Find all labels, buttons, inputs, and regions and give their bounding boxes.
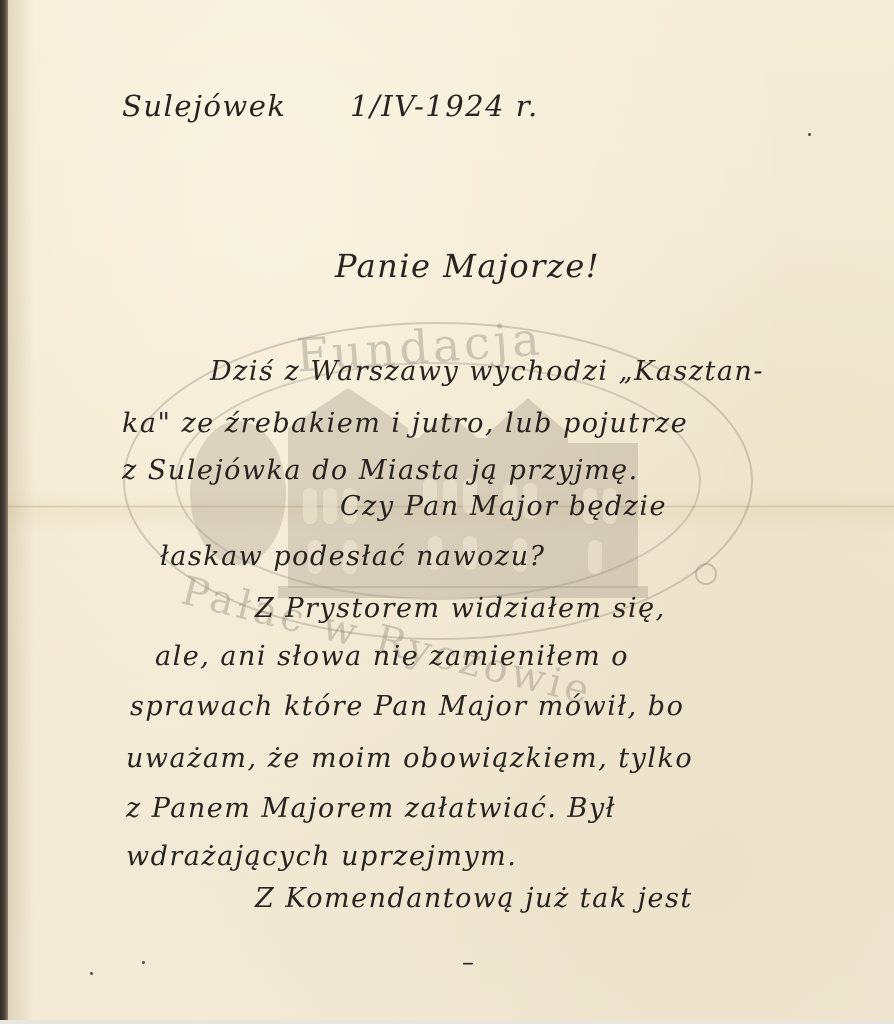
page-mark: – xyxy=(462,948,474,976)
letter-line: uważam, że moim obowiązkiem, tylko xyxy=(126,745,693,772)
letter-date: 1/IV-1924 r. xyxy=(350,92,539,121)
letter-line: Z Prystorem widziałem się, xyxy=(255,595,666,622)
scan-left-edge xyxy=(0,0,8,1024)
paper-fleck xyxy=(808,133,811,136)
letter-line: ka" ze źrebakiem i jutro, lub pojutrze xyxy=(122,410,688,437)
letter-page: Fundacja Pałac w Ryczowie Sulejówek 1/IV… xyxy=(0,0,894,1024)
letter-place: Sulejówek xyxy=(122,92,287,121)
letter-line: z Panem Majorem załatwiać. Był xyxy=(126,795,616,822)
paper-fleck xyxy=(142,961,145,964)
letter-line: Czy Pan Major będzie xyxy=(340,493,667,520)
letter-salutation: Panie Majorze! xyxy=(335,250,600,282)
letter-line: sprawach które Pan Major mówił, bo xyxy=(130,693,684,720)
letter-line: wdrażających uprzejmym. xyxy=(126,843,517,870)
letter-line: Dziś z Warszawy wychodzi „Kasztan- xyxy=(210,358,764,385)
scan-bottom-edge xyxy=(0,1020,894,1024)
letter-line: z Sulejówka do Miasta ją przyjmę. xyxy=(122,457,639,484)
letter-line: łaskaw podesłać nawozu? xyxy=(160,543,546,570)
letter-line: Z Komendantową już tak jest xyxy=(255,885,693,912)
letter-line: ale, ani słowa nie zamieniłem o xyxy=(155,643,629,670)
paper-fleck xyxy=(90,972,93,975)
paper-shadow xyxy=(8,0,34,1024)
